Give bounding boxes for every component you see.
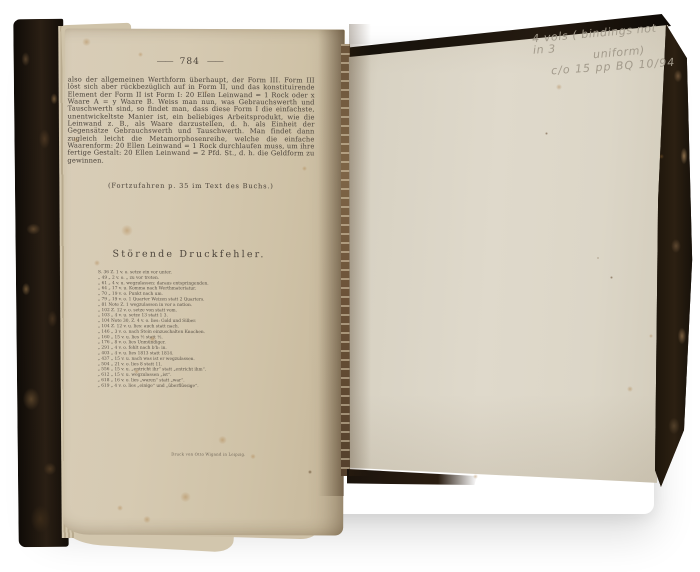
gutter-shadow: [349, 24, 371, 476]
page-header: ——784——: [65, 57, 315, 68]
foxing-spot: [473, 474, 478, 479]
foxing-spot: [302, 166, 307, 171]
foxing-spot: [149, 336, 156, 342]
foxing-spot: [82, 38, 91, 46]
pencil-annotation-line-2-left: in 3: [533, 42, 557, 57]
foxing-spot: [73, 137, 79, 143]
foxing-spot: [545, 132, 548, 135]
foxing-spot: [610, 276, 613, 279]
foxing-spot: [649, 334, 653, 338]
foxing-spot: [627, 386, 633, 392]
foxing-spot: [138, 52, 143, 57]
left-page: ——784—— also der allgemeinen Werthform ü…: [63, 29, 345, 536]
foxing-spot: [218, 436, 227, 444]
continuation-note: (Fortzufahren p. 35 im Text des Buchs.): [67, 182, 314, 191]
book-photo: ——784—— also der allgemeinen Werthform ü…: [0, 0, 700, 572]
foxing-spot: [117, 505, 123, 511]
foxing-spot: [659, 154, 664, 159]
page-number: 784: [180, 57, 200, 67]
foxing-spot: [250, 454, 256, 459]
errata-list: S. 36 Z. 1 v. o. setze ein vor unter. „ …: [98, 270, 318, 390]
foxing-spot: [556, 84, 562, 90]
body-paragraph: also der allgemeinen Werthform überhaupt…: [67, 77, 314, 166]
header-rule-right: ——: [207, 57, 223, 67]
foxing-spot: [308, 470, 312, 474]
foxing-spot: [204, 90, 208, 94]
errata-line: „ 619 „ 4 v. o. lies „einige“ und „überf…: [98, 383, 318, 389]
right-page: [346, 18, 672, 488]
foxing-spot: [134, 369, 139, 374]
foxing-spot: [121, 225, 133, 236]
printer-imprint: Druck von Otto Wigand in Leipzig.: [133, 452, 283, 457]
foxing-spot: [143, 516, 151, 523]
header-rule-left: ——: [157, 57, 173, 67]
foxing-spot: [597, 257, 599, 259]
foxing-spot: [94, 260, 100, 266]
foxing-spot: [180, 492, 191, 502]
errata-heading: Störende Druckfehler.: [64, 249, 314, 261]
